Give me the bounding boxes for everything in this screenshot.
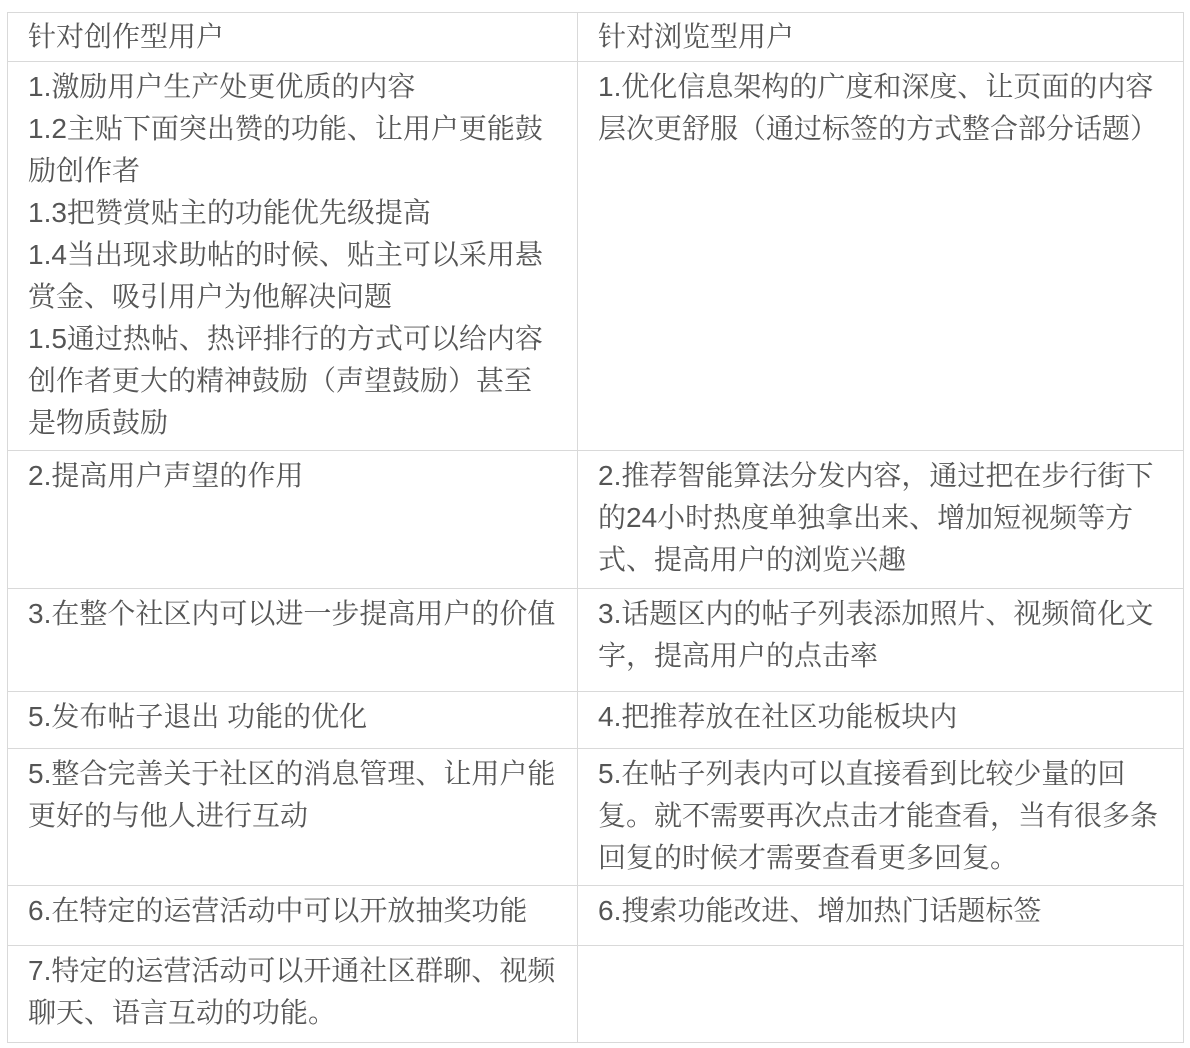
table-header-row: 针对创作型用户 针对浏览型用户 bbox=[8, 13, 1184, 62]
comparison-table: 针对创作型用户 针对浏览型用户 1.激励用户生产处更优质的内容 1.2主贴下面突… bbox=[7, 12, 1184, 1043]
table-row: 7.特定的运营活动可以开通社区群聊、视频聊天、语言互动的功能。 bbox=[8, 946, 1184, 1043]
table-cell: 3.话题区内的帖子列表添加照片、视频简化文字，提高用户的点击率 bbox=[578, 589, 1184, 692]
table-row: 5.发布帖子退出 功能的优化 4.把推荐放在社区功能板块内 bbox=[8, 692, 1184, 749]
table-row: 3.在整个社区内可以进一步提高用户的价值 3.话题区内的帖子列表添加照片、视频简… bbox=[8, 589, 1184, 692]
table-row: 1.激励用户生产处更优质的内容 1.2主贴下面突出赞的功能、让用户更能鼓励创作者… bbox=[8, 62, 1184, 451]
table-row: 5.整合完善关于社区的消息管理、让用户能更好的与他人进行互动 5.在帖子列表内可… bbox=[8, 749, 1184, 886]
column-header-creators: 针对创作型用户 bbox=[8, 13, 578, 62]
table-cell: 3.在整个社区内可以进一步提高用户的价值 bbox=[8, 589, 578, 692]
table-cell: 2.推荐智能算法分发内容，通过把在步行街下的24小时热度单独拿出来、增加短视频等… bbox=[578, 451, 1184, 589]
table-cell: 2.提高用户声望的作用 bbox=[8, 451, 578, 589]
table-row: 6.在特定的运营活动中可以开放抽奖功能 6.搜索功能改进、增加热门话题标签 bbox=[8, 886, 1184, 946]
table-cell: 1.优化信息架构的广度和深度、让页面的内容层次更舒服（通过标签的方式整合部分话题… bbox=[578, 62, 1184, 451]
column-header-browsers: 针对浏览型用户 bbox=[578, 13, 1184, 62]
table-cell: 5.整合完善关于社区的消息管理、让用户能更好的与他人进行互动 bbox=[8, 749, 578, 886]
table-cell: 5.在帖子列表内可以直接看到比较少量的回复。就不需要再次点击才能查看，当有很多条… bbox=[578, 749, 1184, 886]
document-page: 针对创作型用户 针对浏览型用户 1.激励用户生产处更优质的内容 1.2主贴下面突… bbox=[0, 0, 1190, 1048]
table-cell: 4.把推荐放在社区功能板块内 bbox=[578, 692, 1184, 749]
table-row: 2.提高用户声望的作用 2.推荐智能算法分发内容，通过把在步行街下的24小时热度… bbox=[8, 451, 1184, 589]
table-cell: 6.在特定的运营活动中可以开放抽奖功能 bbox=[8, 886, 578, 946]
table-cell bbox=[578, 946, 1184, 1043]
table-cell: 5.发布帖子退出 功能的优化 bbox=[8, 692, 578, 749]
table-cell: 1.激励用户生产处更优质的内容 1.2主贴下面突出赞的功能、让用户更能鼓励创作者… bbox=[8, 62, 578, 451]
table-cell: 6.搜索功能改进、增加热门话题标签 bbox=[578, 886, 1184, 946]
table-cell: 7.特定的运营活动可以开通社区群聊、视频聊天、语言互动的功能。 bbox=[8, 946, 578, 1043]
